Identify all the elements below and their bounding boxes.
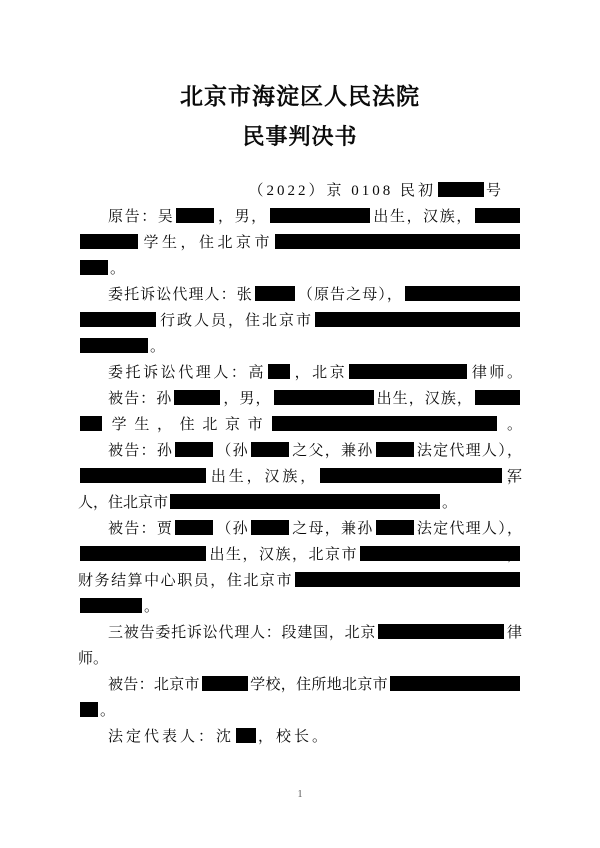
redaction-bar bbox=[390, 676, 520, 691]
redaction-bar bbox=[475, 208, 520, 223]
defendant-sun-father-line-1: 被告：孙（孙之父，兼孙法定代理人），男， bbox=[78, 438, 522, 464]
redaction-bar bbox=[80, 416, 102, 431]
judgment-page: 北京市海淀区人民法院 民事判决书 （2022）京 0108 民初号原告：吴，男，… bbox=[0, 0, 600, 848]
text-run: 出生，汉族， bbox=[208, 469, 318, 485]
defendants-agent-line-1: 三被告委托诉讼代理人：段建国，北京律 bbox=[78, 620, 522, 646]
text-run: ，男， bbox=[216, 209, 267, 225]
redaction-bar bbox=[174, 390, 220, 405]
redaction-bar bbox=[275, 234, 520, 249]
redaction-bar bbox=[80, 702, 98, 717]
text-run: 之母，兼孙 bbox=[291, 521, 374, 537]
text-run: 军 bbox=[504, 469, 522, 485]
case-number-line: （2022）京 0108 民初号 bbox=[78, 178, 522, 204]
text-run: 委托诉讼代理人：张 bbox=[108, 287, 253, 303]
text-run: 被告：孙 bbox=[108, 443, 173, 459]
redaction-bar bbox=[202, 676, 248, 691]
redaction-bar bbox=[80, 260, 108, 275]
redaction-bar bbox=[175, 520, 213, 535]
redaction-bar bbox=[438, 182, 484, 197]
redaction-bar bbox=[175, 442, 213, 457]
text-run: （2022）京 0108 民初 bbox=[248, 183, 436, 199]
page-number: 1 bbox=[0, 789, 600, 800]
defendant-school-line-1: 被告：北京市学校，住所地北京市 bbox=[78, 672, 522, 698]
redaction-bar bbox=[272, 416, 497, 431]
redaction-bar bbox=[320, 468, 502, 483]
redaction-bar bbox=[405, 286, 520, 301]
redaction-bar bbox=[376, 520, 414, 535]
text-run: 。 bbox=[100, 703, 115, 719]
redaction-bar bbox=[270, 208, 370, 223]
redaction-bar bbox=[268, 364, 290, 379]
text-run: （原告之母）， bbox=[297, 287, 403, 303]
text-run: ，校长。 bbox=[258, 729, 330, 745]
defendant-school-line-2: 。 bbox=[78, 698, 522, 724]
agent-zhang-line-1: 委托诉讼代理人：张（原告之母）， bbox=[78, 282, 522, 308]
legal-representative-line: 法定代表人：沈，校长。 bbox=[78, 724, 522, 750]
text-run: 。 bbox=[150, 339, 165, 355]
text-run: 人，住北京市 bbox=[78, 495, 168, 511]
plaintiff-line-2: 学生，住北京市 bbox=[78, 230, 522, 256]
redaction-bar bbox=[236, 728, 256, 743]
redaction-bar bbox=[295, 572, 520, 587]
redaction-bar bbox=[274, 390, 374, 405]
redaction-bar bbox=[255, 286, 295, 301]
text-run: 被告：孙 bbox=[108, 391, 172, 407]
text-run: 出生，汉族，北京市 bbox=[208, 547, 358, 563]
text-run: 学生，住北京市 bbox=[140, 235, 273, 251]
redaction-bar bbox=[80, 234, 138, 249]
court-name: 北京市海淀区人民法院 bbox=[0, 82, 600, 112]
text-run: 。 bbox=[144, 599, 159, 615]
text-run: 号 bbox=[486, 183, 504, 199]
plaintiff-line-3: 。 bbox=[78, 256, 522, 282]
defendant-jia-line-1: 被告：贾（孙之母，兼孙法定代理人），女， bbox=[78, 516, 522, 542]
text-run: （孙 bbox=[215, 521, 249, 537]
redaction-bar bbox=[349, 364, 467, 379]
agent-zhang-line-2: 行政人员，住北京市 bbox=[78, 308, 522, 334]
document-body: （2022）京 0108 民初号原告：吴，男，出生，汉族，学生，住北京市。委托诉… bbox=[0, 178, 600, 750]
text-run: 被告：北京市 bbox=[108, 677, 200, 693]
text-run: 。 bbox=[110, 261, 125, 277]
text-run: 之父，兼孙 bbox=[291, 443, 374, 459]
redaction-bar bbox=[376, 442, 414, 457]
defendant-sun-father-line-2: 出生，汉族，军 bbox=[78, 464, 522, 490]
redaction-bar bbox=[80, 546, 206, 561]
text-run: 学校，住所地北京市 bbox=[250, 677, 388, 693]
text-run: 出生，汉族， bbox=[372, 209, 473, 225]
text-run: 三被告委托诉讼代理人：段建国，北京 bbox=[108, 625, 376, 641]
redaction-bar bbox=[176, 208, 214, 223]
text-run: 律师。 bbox=[469, 365, 522, 381]
redaction-bar bbox=[315, 312, 520, 327]
redaction-bar bbox=[80, 598, 142, 613]
redaction-bar bbox=[475, 390, 520, 405]
defendants-agent-line-2: 师。 bbox=[78, 646, 522, 672]
text-run: 财务结算中心职员，住北京市 bbox=[78, 573, 293, 589]
redaction-bar bbox=[378, 624, 504, 639]
defendant-sun-father-line-3: 人，住北京市。 bbox=[78, 490, 522, 516]
text-run: 行政人员，住北京市 bbox=[158, 313, 313, 329]
defendant-jia-line-3: 财务结算中心职员，住北京市 bbox=[78, 568, 522, 594]
text-run: 被告：贾 bbox=[108, 521, 173, 537]
text-run: 。 bbox=[499, 417, 522, 433]
text-run: 委托诉讼代理人：高 bbox=[108, 365, 266, 381]
text-run: ，北京 bbox=[292, 365, 347, 381]
text-run: 。 bbox=[442, 495, 457, 511]
text-run: （孙 bbox=[215, 443, 249, 459]
redaction-bar bbox=[251, 442, 289, 457]
defendant-jia-line-4: 。 bbox=[78, 594, 522, 620]
agent-gao-line: 委托诉讼代理人：高，北京律师。 bbox=[78, 360, 522, 386]
text-run: 律 bbox=[506, 625, 522, 641]
redaction-bar bbox=[80, 312, 156, 327]
text-run: ，男， bbox=[222, 391, 271, 407]
plaintiff-line-1: 原告：吴，男，出生，汉族， bbox=[78, 204, 522, 230]
redaction-bar bbox=[80, 468, 206, 483]
text-run: 学生，住北京市 bbox=[104, 417, 270, 433]
text-run: 法定代表人：沈 bbox=[108, 729, 234, 745]
doc-type-title: 民事判决书 bbox=[0, 122, 600, 152]
redaction-bar bbox=[170, 494, 440, 509]
redaction-bar bbox=[360, 546, 520, 561]
text-run: 师。 bbox=[78, 651, 108, 667]
redaction-bar bbox=[251, 520, 289, 535]
defendant-sun-minor-line-2: 学生，住北京市。 bbox=[78, 412, 522, 438]
redaction-bar bbox=[80, 338, 148, 353]
text-run: 原告：吴 bbox=[108, 209, 174, 225]
defendant-sun-minor-line-1: 被告：孙，男，出生，汉族， bbox=[78, 386, 522, 412]
defendant-jia-line-2: 出生，汉族，北京市 bbox=[78, 542, 522, 568]
agent-zhang-line-3: 。 bbox=[78, 334, 522, 360]
text-run: 出生，汉族， bbox=[376, 391, 473, 407]
